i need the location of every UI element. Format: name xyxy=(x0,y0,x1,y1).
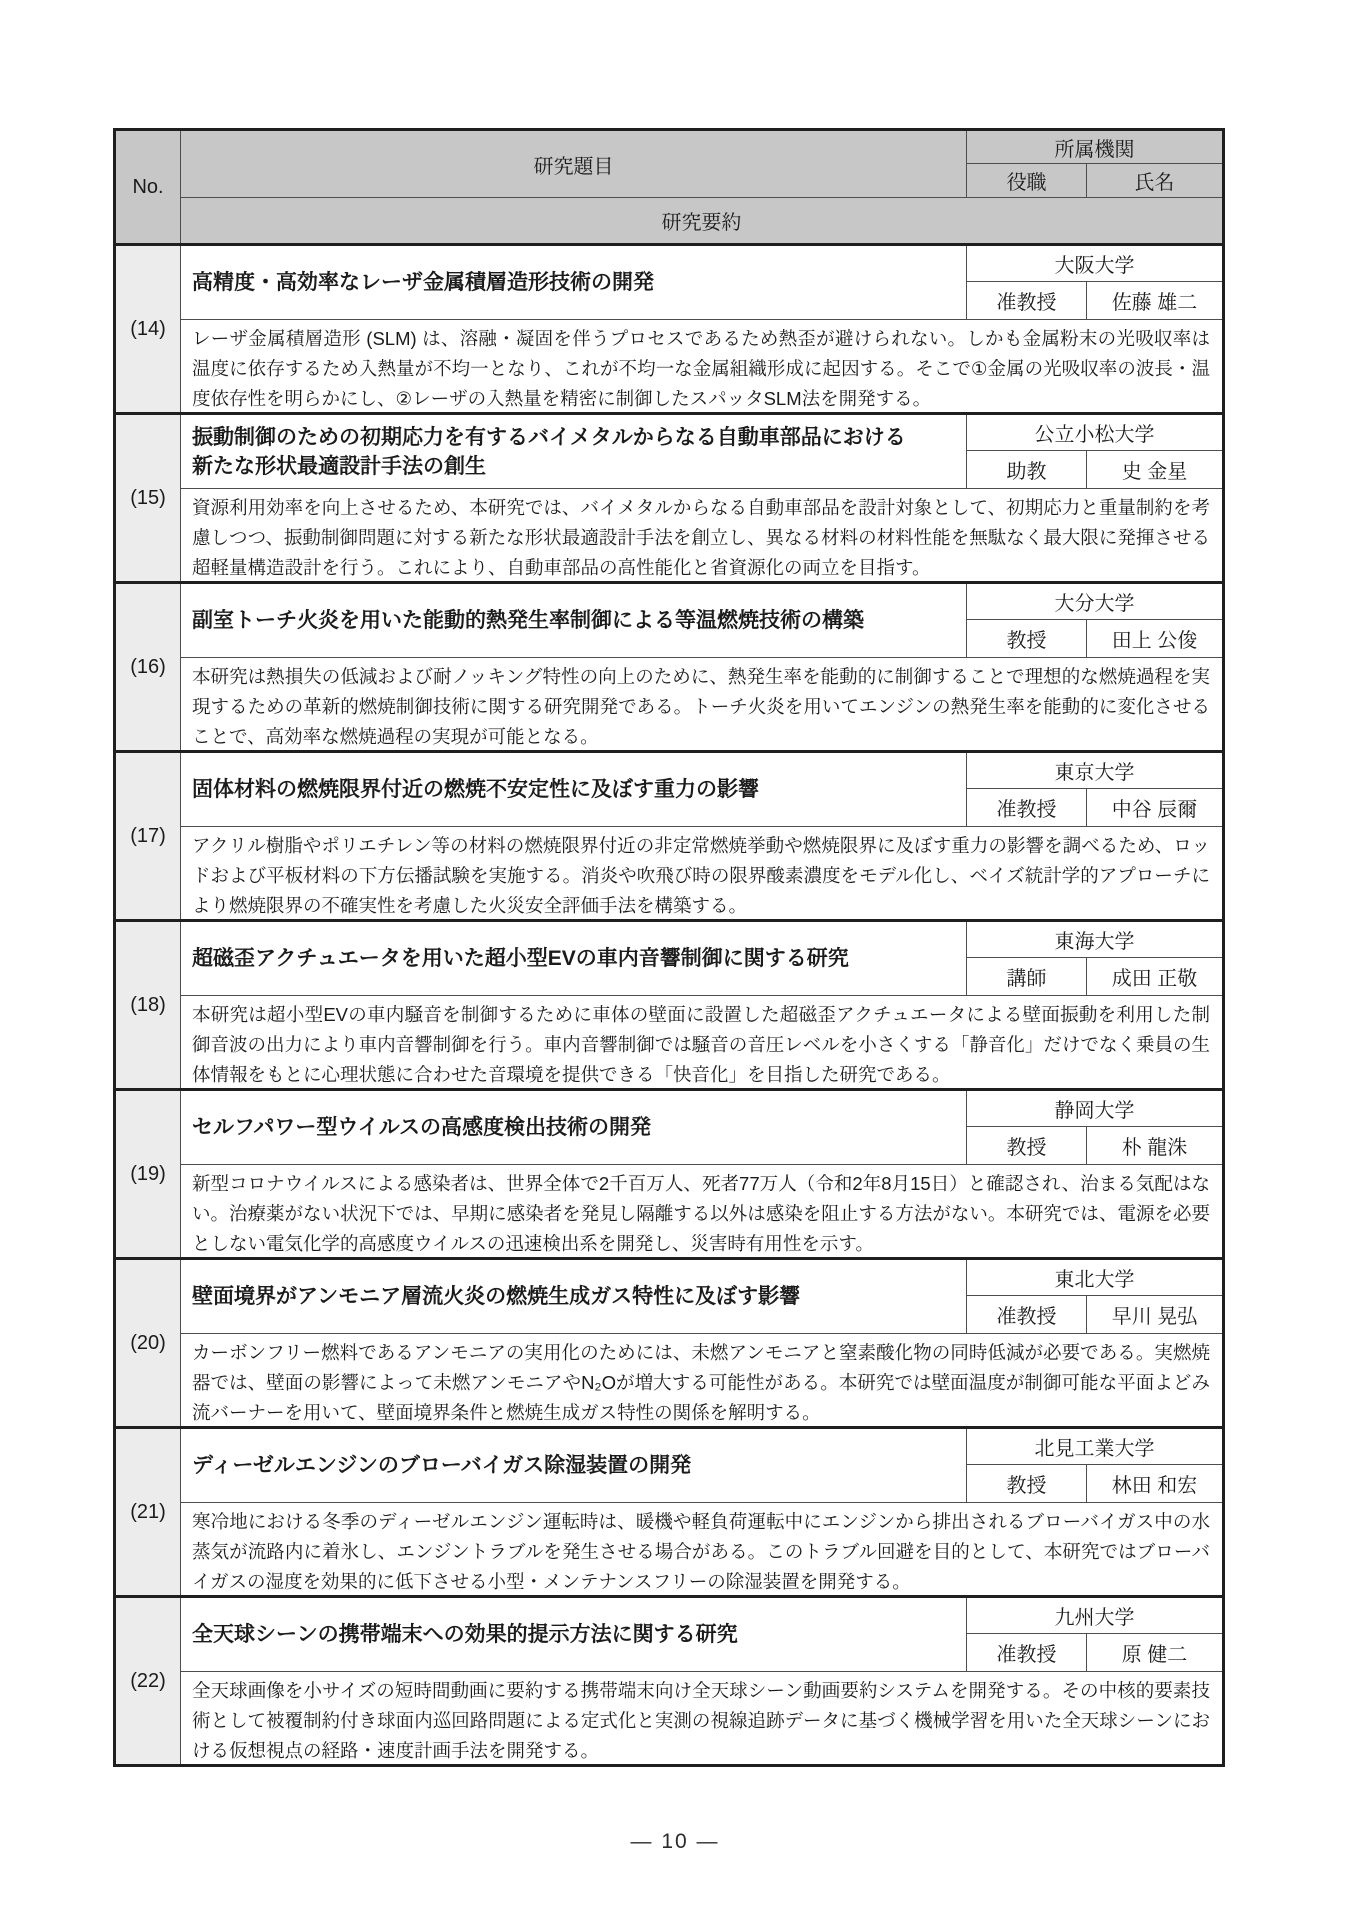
institution: 大阪大学 xyxy=(967,246,1222,282)
researcher-name: 原 健二 xyxy=(1087,1634,1222,1671)
researcher-name: 田上 公俊 xyxy=(1087,620,1222,657)
header-no-label: No. xyxy=(116,131,181,243)
research-title: セルフパワー型ウイルスの高感度検出技術の開発 xyxy=(181,1091,967,1164)
research-abstract: 寒冷地における冬季のディーゼルエンジン運転時は、暖機や軽負荷運転中にエンジンから… xyxy=(181,1503,1222,1595)
table-header-row: No. 研究題目 所属機関 役職 氏名 研究要約 xyxy=(116,131,1222,243)
entry-number: (15) xyxy=(116,415,181,581)
institution: 公立小松大学 xyxy=(967,415,1222,451)
position: 助教 xyxy=(967,451,1087,488)
position: 准教授 xyxy=(967,282,1087,319)
research-entry-22: (22) 全天球シーンの携帯端末への効果的提示方法に関する研究 九州大学 准教授… xyxy=(116,1595,1222,1764)
position: 教授 xyxy=(967,1465,1087,1502)
entry-number: (18) xyxy=(116,922,181,1088)
position: 准教授 xyxy=(967,789,1087,826)
entry-number: (21) xyxy=(116,1429,181,1595)
header-research-title-label: 研究題目 xyxy=(181,131,967,197)
page-number: — 10 — xyxy=(0,1830,1350,1854)
document-page: No. 研究題目 所属機関 役職 氏名 研究要約 (14) xyxy=(0,0,1350,1909)
header-abstract-label: 研究要約 xyxy=(181,198,1222,243)
entry-number: (14) xyxy=(116,246,181,412)
research-entry-21: (21) ディーゼルエンジンのブローバイガス除湿装置の開発 北見工業大学 教授 … xyxy=(116,1426,1222,1595)
research-entry-19: (19) セルフパワー型ウイルスの高感度検出技術の開発 静岡大学 教授 朴 龍洙… xyxy=(116,1088,1222,1257)
research-abstract: 全天球画像を小サイズの短時間動画に要約する携帯端末向け全天球シーン動画要約システ… xyxy=(181,1672,1222,1764)
institution: 大分大学 xyxy=(967,584,1222,620)
researcher-name: 史 金星 xyxy=(1087,451,1222,488)
research-abstract: 新型コロナウイルスによる感染者は、世界全体で2千百万人、死者77万人（令和2年8… xyxy=(181,1165,1222,1257)
research-entry-18: (18) 超磁歪アクチュエータを用いた超小型EVの車内音響制御に関する研究 東海… xyxy=(116,919,1222,1088)
researcher-name: 林田 和宏 xyxy=(1087,1465,1222,1502)
research-entry-15: (15) 振動制御のための初期応力を有するバイメタルからなる自動車部品における … xyxy=(116,412,1222,581)
institution: 東北大学 xyxy=(967,1260,1222,1296)
entry-number: (20) xyxy=(116,1260,181,1426)
researcher-name: 中谷 辰爾 xyxy=(1087,789,1222,826)
position: 教授 xyxy=(967,620,1087,657)
research-entry-14: (14) 高精度・高効率なレーザ金属積層造形技術の開発 大阪大学 准教授 佐藤 … xyxy=(116,243,1222,412)
research-title: 固体材料の燃焼限界付近の燃焼不安定性に及ぼす重力の影響 xyxy=(181,753,967,826)
entry-number: (22) xyxy=(116,1598,181,1764)
position: 准教授 xyxy=(967,1634,1087,1671)
research-title: 副室トーチ火炎を用いた能動的熱発生率制御による等温燃焼技術の構築 xyxy=(181,584,967,657)
institution: 東海大学 xyxy=(967,922,1222,958)
research-abstract: レーザ金属積層造形 (SLM) は、溶融・凝固を伴うプロセスであるため熱歪が避け… xyxy=(181,320,1222,412)
entry-number: (16) xyxy=(116,584,181,750)
header-name-label: 氏名 xyxy=(1087,164,1222,197)
position: 講師 xyxy=(967,958,1087,995)
header-affiliation-label: 所属機関 xyxy=(967,131,1222,164)
research-title: 超磁歪アクチュエータを用いた超小型EVの車内音響制御に関する研究 xyxy=(181,922,967,995)
research-table: No. 研究題目 所属機関 役職 氏名 研究要約 (14) xyxy=(113,128,1225,1767)
researcher-name: 佐藤 雄二 xyxy=(1087,282,1222,319)
institution: 東京大学 xyxy=(967,753,1222,789)
researcher-name: 早川 晃弘 xyxy=(1087,1296,1222,1333)
researcher-name: 朴 龍洙 xyxy=(1087,1127,1222,1164)
institution: 静岡大学 xyxy=(967,1091,1222,1127)
position: 教授 xyxy=(967,1127,1087,1164)
research-abstract: カーボンフリー燃料であるアンモニアの実用化のためには、未燃アンモニアと窒素酸化物… xyxy=(181,1334,1222,1426)
research-abstract: アクリル樹脂やポリエチレン等の材料の燃焼限界付近の非定常燃焼挙動や燃焼限界に及ぼ… xyxy=(181,827,1222,919)
institution: 北見工業大学 xyxy=(967,1429,1222,1465)
research-abstract: 本研究は超小型EVの車内騒音を制御するために車体の壁面に設置した超磁歪アクチュエ… xyxy=(181,996,1222,1088)
position: 准教授 xyxy=(967,1296,1087,1333)
research-title: 壁面境界がアンモニア層流火炎の燃焼生成ガス特性に及ぼす影響 xyxy=(181,1260,967,1333)
research-entry-17: (17) 固体材料の燃焼限界付近の燃焼不安定性に及ぼす重力の影響 東京大学 准教… xyxy=(116,750,1222,919)
research-title: ディーゼルエンジンのブローバイガス除湿装置の開発 xyxy=(181,1429,967,1502)
entry-number: (19) xyxy=(116,1091,181,1257)
research-abstract: 資源利用効率を向上させるため、本研究では、バイメタルからなる自動車部品を設計対象… xyxy=(181,489,1222,581)
research-title: 振動制御のための初期応力を有するバイメタルからなる自動車部品における 新たな形状… xyxy=(181,415,967,488)
researcher-name: 成田 正敬 xyxy=(1087,958,1222,995)
research-entry-20: (20) 壁面境界がアンモニア層流火炎の燃焼生成ガス特性に及ぼす影響 東北大学 … xyxy=(116,1257,1222,1426)
research-title: 高精度・高効率なレーザ金属積層造形技術の開発 xyxy=(181,246,967,319)
institution: 九州大学 xyxy=(967,1598,1222,1634)
header-position-label: 役職 xyxy=(967,164,1087,197)
research-entry-16: (16) 副室トーチ火炎を用いた能動的熱発生率制御による等温燃焼技術の構築 大分… xyxy=(116,581,1222,750)
research-title: 全天球シーンの携帯端末への効果的提示方法に関する研究 xyxy=(181,1598,967,1671)
research-abstract: 本研究は熱損失の低減および耐ノッキング特性の向上のために、熱発生率を能動的に制御… xyxy=(181,658,1222,750)
entry-number: (17) xyxy=(116,753,181,919)
